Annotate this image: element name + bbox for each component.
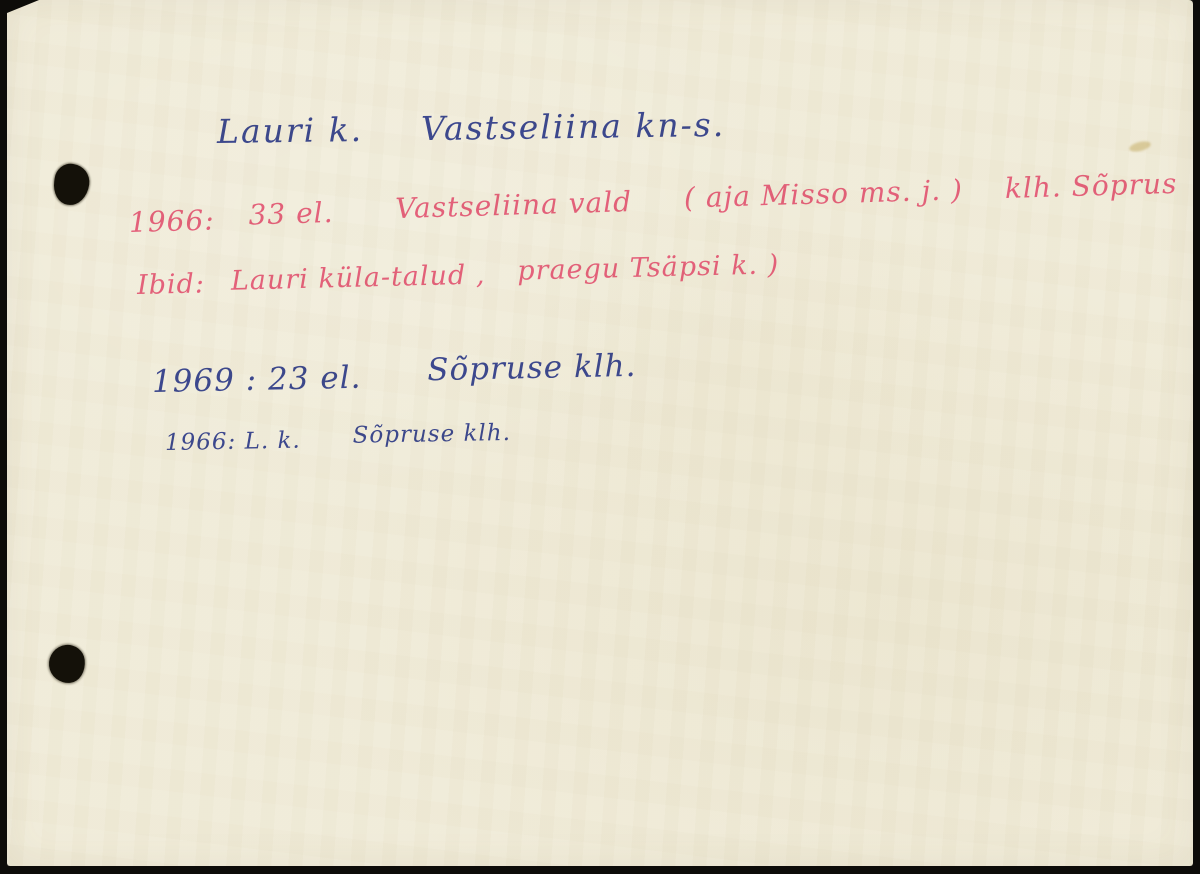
entry-1966-note: ( aja Misso ms. j. ): [683, 173, 963, 214]
entry-1966-population: 33 el.: [248, 196, 334, 232]
entry-1966-year: 1966:: [129, 203, 216, 239]
index-card: Lauri k.Vastseliina kn-s. 1966:33 el.Vas…: [7, 0, 1193, 866]
entry-1969-blue-line: 1969 : 23 el.Sõpruse klh.: [152, 354, 637, 400]
source-text: Lauri küla-talud ,: [231, 259, 486, 296]
card-title-line: Lauri k.Vastseliina kn-s.: [217, 105, 726, 151]
entry-1969-farm: Sõpruse klh.: [427, 348, 637, 388]
scanned-card-page: Lauri k.Vastseliina kn-s. 1966:33 el.Vas…: [0, 0, 1200, 874]
entry-source-red-line: Ibid:Lauri küla-talud ,praegu Tsäpsi k. …: [137, 254, 780, 301]
entry-1966-blue-year-population: 1966: L. k.: [165, 428, 301, 456]
source-label: Ibid:: [137, 268, 206, 301]
title-parish-name: Vastseliina kn-s.: [421, 105, 726, 148]
entry-1966-parish: Vastseliina vald: [395, 185, 633, 225]
entry-1966-blue-farm: Sõpruse klh.: [352, 420, 511, 449]
scan-corner-shadow: [7, 0, 39, 13]
paper-stain: [1128, 139, 1152, 153]
entry-1966-red-line: 1966:33 el.Vastseliina vald( aja Misso m…: [129, 175, 1179, 239]
entry-1966-blue-line: 1966: L. k.Sõpruse klh.: [165, 424, 511, 456]
title-place-name: Lauri k.: [217, 110, 364, 151]
entry-1969-year-population: 1969 : 23 el.: [152, 360, 362, 400]
source-note: praegu Tsäpsi k. ): [517, 249, 780, 286]
entry-1966-farm: klh. Sõprus: [1004, 167, 1177, 205]
